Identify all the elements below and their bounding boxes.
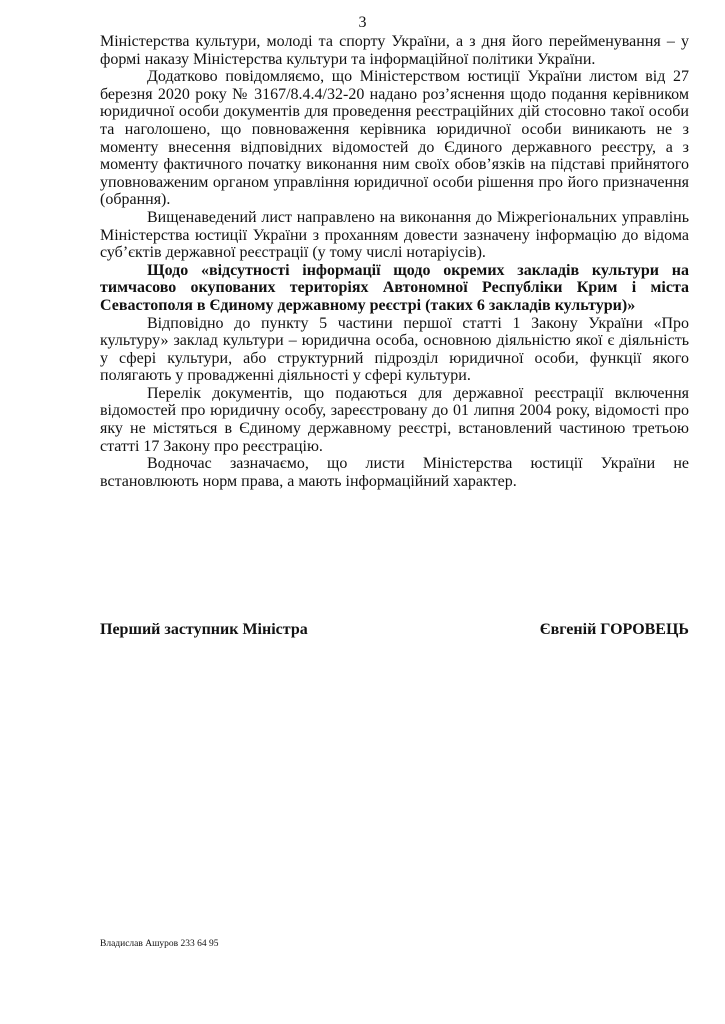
paragraph-culture-law: Відповідно до пункту 5 частини першої ст…	[100, 315, 689, 385]
signature-block: Перший заступник Міністра Євгеній ГОРОВЕ…	[100, 621, 689, 639]
signatory-position: Перший заступник Міністра	[100, 621, 308, 639]
paragraph-letter-sent: Вищенаведений лист направлено на виконан…	[100, 209, 689, 262]
page-number: 3	[0, 14, 725, 32]
paragraph-ministry-order: Міністерства культури, молоді та спорту …	[100, 33, 689, 68]
paragraph-documents-list: Перелік документів, що подаються для дер…	[100, 385, 689, 455]
section-heading-crimea: Щодо «відсутності інформації щодо окреми…	[100, 262, 689, 315]
letter-body: Міністерства культури, молоді та спорту …	[100, 33, 689, 490]
signatory-name: Євгеній ГОРОВЕЦЬ	[540, 621, 689, 639]
paragraph-justice-letter: Додатково повідомляємо, що Міністерством…	[100, 68, 689, 209]
executor-note: Владислав Ашуров 233 64 95	[100, 938, 219, 950]
paragraph-conclusion: Водночас зазначаємо, що листи Міністерст…	[100, 455, 689, 490]
